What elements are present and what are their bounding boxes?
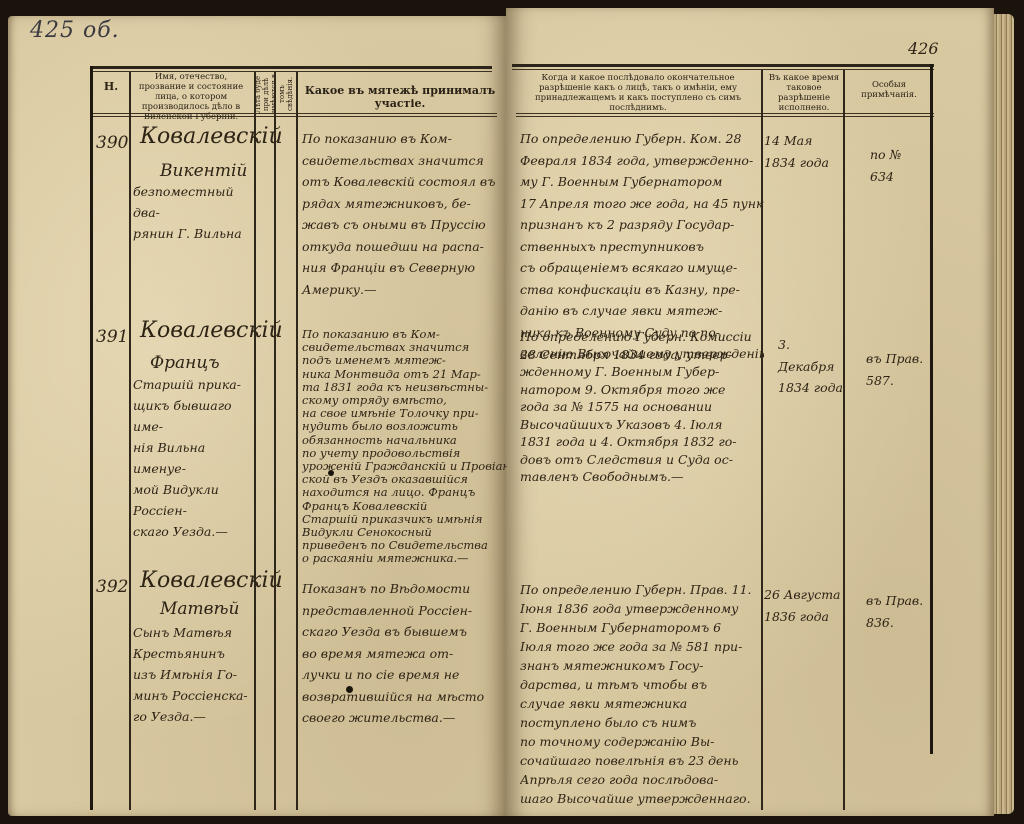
handwritten-line: во время мятежа от- bbox=[302, 643, 507, 665]
handwritten-line: Францъ Ковалевскій bbox=[302, 500, 507, 513]
entry-firstname: Францъ bbox=[150, 352, 220, 374]
handwritten-line: довъ отъ Следствия и Суда ос- bbox=[520, 451, 764, 469]
header-bottom-rule-right-2 bbox=[516, 116, 934, 117]
header-executed: Въ какое время таковое разрѣшеніе исполн… bbox=[764, 73, 844, 113]
handwritten-line: тавленъ Свободнымъ.— bbox=[520, 468, 764, 486]
column-divider bbox=[129, 72, 131, 810]
handwritten-line: По определению Губерн. Комиссіи bbox=[520, 328, 764, 346]
handwritten-line: скаго Уезда.— bbox=[133, 521, 258, 542]
entry-number: 392 bbox=[96, 576, 128, 598]
header-top-rule-right bbox=[512, 64, 934, 67]
entry-surname: Ковалевскій bbox=[140, 320, 283, 342]
handwritten-line: ния Франціи въ Северную bbox=[302, 257, 507, 279]
handwritten-line: въ Прав. bbox=[866, 590, 930, 612]
handwritten-line: Старшій прика- bbox=[133, 374, 258, 395]
entry-surname: Ковалевскій bbox=[140, 126, 283, 148]
entry-executed-date: 26 Августа 1836 года bbox=[764, 584, 844, 627]
entry-surname: Ковалевскій bbox=[140, 570, 283, 592]
header-estate: Лѣта буде при дѣлѣ имѣются в томъ свѣдѣн… bbox=[254, 72, 284, 116]
handwritten-line: данію въ случае явки мятеж- bbox=[520, 300, 764, 322]
handwritten-line: года за № 1575 на основании bbox=[520, 398, 764, 416]
entry-notes: въ Прав. 836. bbox=[866, 590, 930, 633]
handwritten-line: по № bbox=[870, 144, 930, 166]
handwritten-line: случае явки мятежника bbox=[520, 694, 764, 713]
handwritten-line: 1834 года bbox=[778, 377, 848, 399]
handwritten-line: Апрѣля сего года послѣдова- bbox=[520, 770, 764, 789]
entry-status: безпоместный два- рянин Г. Вильна bbox=[133, 181, 258, 244]
handwritten-line: Показанъ по Вѣдомости bbox=[302, 578, 507, 600]
handwritten-line: признанъ къ 2 разряду Государ- bbox=[520, 214, 764, 236]
handwritten-line: Крестьянинъ bbox=[133, 643, 258, 664]
handwritten-line: ственныхъ преступниковъ bbox=[520, 236, 764, 258]
handwritten-line: 587. bbox=[866, 370, 930, 392]
table-left-border bbox=[90, 66, 93, 810]
handwritten-line: обязанность начальника bbox=[302, 434, 507, 447]
handwritten-line: лучки и по сіе время не bbox=[302, 664, 507, 686]
entry-status: Сынъ Матвѣя Крестьянинъ изъ Имѣнія Го- м… bbox=[133, 622, 258, 727]
handwritten-line: о раскаяніи мятежника.— bbox=[302, 552, 507, 565]
entry-resolution: По определению Губерн. Комиссіи 28 Сентя… bbox=[520, 328, 764, 486]
handwritten-line: го Уезда.— bbox=[133, 706, 258, 727]
handwritten-line: отъ Ковалевскій состоял въ bbox=[302, 171, 507, 193]
handwritten-line: свидетельствах значится bbox=[302, 150, 507, 172]
entry-resolution: По определению Губерн. Прав. 11. Іюня 18… bbox=[520, 580, 764, 808]
entry-executed-date: 3. Декабря 1834 года bbox=[778, 334, 848, 399]
handwritten-line: Февраля 1834 года, утвержденно- bbox=[520, 150, 764, 172]
header-resolution: Когда и какое послѣдовало окончательное … bbox=[516, 73, 760, 113]
handwritten-line: 26 Августа bbox=[764, 584, 844, 606]
handwritten-line: жденному Г. Военным Губер- bbox=[520, 363, 764, 381]
handwritten-line: дарства, и тѣмъ чтобы въ bbox=[520, 675, 764, 694]
handwritten-line: Высочайшихъ Указовъ 4. Іюля bbox=[520, 416, 764, 434]
handwritten-line: возвратившійся на мѣсто bbox=[302, 686, 507, 708]
ink-blot bbox=[328, 470, 334, 476]
handwritten-line: по точному содержанію Вы- bbox=[520, 732, 764, 751]
handwritten-line: нія Вильна именуе- bbox=[133, 437, 258, 479]
entry-firstname: Викентій bbox=[160, 160, 247, 182]
handwritten-line: 3. Декабря bbox=[778, 334, 848, 377]
handwritten-line: По показанию въ Ком- bbox=[302, 128, 507, 150]
handwritten-line: представленной Россіен- bbox=[302, 600, 507, 622]
handwritten-line: скаго Уезда въ бывшемъ bbox=[302, 621, 507, 643]
handwritten-line: По определению Губерн. Прав. 11. bbox=[520, 580, 764, 599]
folio-number-right: 426 bbox=[908, 38, 939, 60]
entry-executed-date: 14 Мая 1834 года bbox=[764, 130, 844, 173]
handwritten-line: сочайшаго повелѣнія въ 23 день bbox=[520, 751, 764, 770]
handwritten-line: минъ Россіенска- bbox=[133, 685, 258, 706]
handwritten-line: знанъ мятежникомъ Госу- bbox=[520, 656, 764, 675]
header-number: Н. bbox=[96, 80, 126, 93]
handwritten-line: шаго Высочайше утвержденнаго. bbox=[520, 789, 764, 808]
header-bottom-rule-right bbox=[516, 113, 934, 114]
column-divider bbox=[274, 72, 276, 810]
handwritten-line: 836. bbox=[866, 612, 930, 634]
entry-number: 391 bbox=[96, 326, 128, 348]
handwritten-line: изъ Имѣнія Го- bbox=[133, 664, 258, 685]
handwritten-line: 14 Мая bbox=[764, 130, 844, 152]
handwritten-line: своего жительства.— bbox=[302, 707, 507, 729]
handwritten-line: рянин Г. Вильна bbox=[133, 223, 258, 244]
handwritten-line: му Г. Военным Губернатором bbox=[520, 171, 764, 193]
handwritten-line: Г. Военным Губернаторомъ 6 bbox=[520, 618, 764, 637]
entry-notes: въ Прав. 587. bbox=[866, 348, 930, 391]
handwritten-line: 17 Апреля того же года, на 45 пункт bbox=[520, 193, 764, 215]
table-right-border bbox=[930, 64, 933, 754]
handwritten-line: натором 9. Октября того же bbox=[520, 381, 764, 399]
entry-participation: Показанъ по Вѣдомости представленной Рос… bbox=[302, 578, 507, 729]
handwritten-line: мой Видукли Россіен- bbox=[133, 479, 258, 521]
entry-number: 390 bbox=[96, 132, 128, 154]
entry-participation: По показанию въ Ком- свидетельствах знач… bbox=[302, 328, 507, 566]
handwritten-line: ства конфискаціи въ Казну, пре- bbox=[520, 279, 764, 301]
handwritten-line: Іюля того же года за № 581 при- bbox=[520, 637, 764, 656]
handwritten-line: жавъ съ оными въ Пруссію bbox=[302, 214, 507, 236]
handwritten-line: 1836 года bbox=[764, 606, 844, 628]
handwritten-line: 1831 года и 4. Октября 1832 го- bbox=[520, 433, 764, 451]
handwritten-line: 634 bbox=[870, 166, 930, 188]
entry-status: Старшій прика- щикъ бывшаго име- нія Вил… bbox=[133, 374, 258, 542]
handwritten-line: съ обращеніемъ всякаго имуще- bbox=[520, 257, 764, 279]
handwritten-line: Іюня 1836 года утвержденному bbox=[520, 599, 764, 618]
handwritten-line: безпоместный два- bbox=[133, 181, 258, 223]
handwritten-line: въ Прав. bbox=[866, 348, 930, 370]
handwritten-line: нудить было возложить bbox=[302, 420, 507, 433]
handwritten-line: рядах мятежниковъ, бе- bbox=[302, 193, 507, 215]
handwritten-line: Америку.— bbox=[302, 279, 507, 301]
handwritten-line: 1834 года bbox=[764, 152, 844, 174]
entry-firstname: Матвѣй bbox=[160, 598, 240, 620]
folio-number-left: 425 об. bbox=[30, 20, 120, 42]
ink-blot bbox=[346, 686, 353, 693]
handwritten-line: ника Монтвида отъ 21 Мар- bbox=[302, 368, 507, 381]
handwritten-line: откуда пошедши на распа- bbox=[302, 236, 507, 258]
header-participation: Какое въ мятежѣ принималъ участіе. bbox=[300, 84, 500, 110]
handwritten-line: подъ именемъ мятеж- bbox=[302, 354, 507, 367]
header-top-rule-left bbox=[92, 66, 492, 69]
header-name: Имя, отечество, прозвание и состояние ли… bbox=[132, 72, 250, 122]
entry-participation: По показанию въ Ком- свидетельствах знач… bbox=[302, 128, 507, 300]
header-notes: Особыя примѣчанія. bbox=[846, 80, 932, 100]
handwritten-line: щикъ бывшаго име- bbox=[133, 395, 258, 437]
handwritten-line: Сынъ Матвѣя bbox=[133, 622, 258, 643]
handwritten-line: По определению Губерн. Ком. 28 bbox=[520, 128, 764, 150]
handwritten-line: поступлено было съ нимъ bbox=[520, 713, 764, 732]
handwritten-line: 28 Сентября 1834 года, утвер- bbox=[520, 346, 764, 364]
handwritten-line: находится на лицо. Францъ bbox=[302, 486, 507, 499]
entry-notes: по № 634 bbox=[870, 144, 930, 187]
page-edges bbox=[994, 14, 1014, 814]
header-top-rule-right-thin bbox=[512, 69, 934, 70]
column-divider bbox=[296, 72, 298, 810]
column-divider bbox=[843, 70, 845, 810]
